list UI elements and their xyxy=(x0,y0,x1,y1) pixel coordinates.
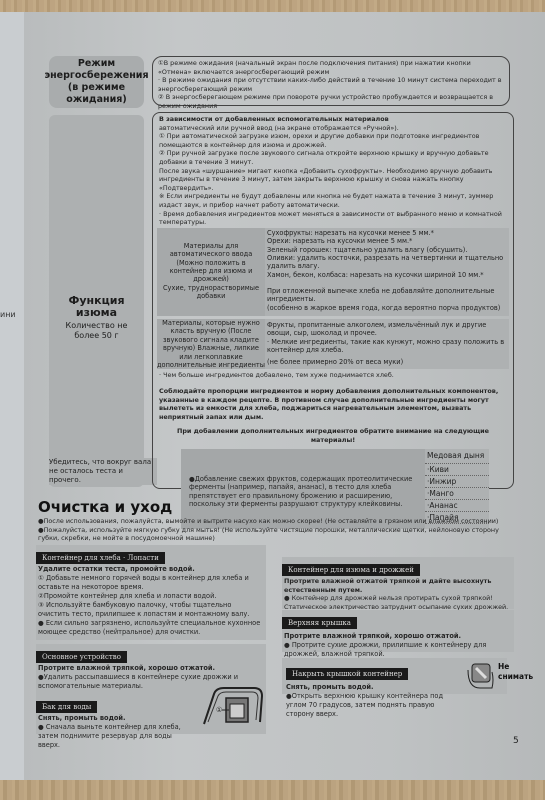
standby-line: · В режиме ожидания при отсутствии каких… xyxy=(158,76,504,93)
warning-text: Соблюдайте пропорции ингредиентов и норм… xyxy=(153,382,513,421)
container-lid-section: Накрыть крышкой контейнер Снять, промыть… xyxy=(282,658,522,718)
bread-container-section: Контейнер для хлеба · Лопасти Удалите ос… xyxy=(36,545,266,640)
table-cell-line: Оливки: удалить косточки, разрезать на ч… xyxy=(267,254,507,271)
table-row: Материалы для автоматического ввода (Мож… xyxy=(157,228,509,284)
main-unit-section: Основное устройство Протрите влажной тря… xyxy=(36,644,266,734)
raisin-heading: В зависимости от добавленных вспомогател… xyxy=(159,115,509,124)
raisin-label-box: Функция изюма Количество не более 50 г xyxy=(49,115,144,487)
top-lid-line: ● Протрите сухие дрожжи, прилипшие к кон… xyxy=(284,641,512,659)
table-cell-line: (особенно в жаркое время года, когда вер… xyxy=(267,304,507,312)
table-cell-line: Фрукты, пропитанные алкоголем, измельчён… xyxy=(267,321,507,338)
manual-page: Режим энергосбережения (в режиме ожидани… xyxy=(24,12,545,782)
raisin-container-heading: Протрите влажной отжатой тряпкой и дайте… xyxy=(284,577,512,594)
bread-container-tag: Контейнер для хлеба · Лопасти xyxy=(36,552,165,564)
standby-label-box: Режим энергосбережения (в режиме ожидани… xyxy=(49,56,144,108)
container-lid-heading: Снять, промыть водой. xyxy=(286,683,456,692)
cleaning-bullet: ●Пожалуйста, используйте мягкую губку дл… xyxy=(38,526,518,543)
raisin-intro-line: ② При ручной загрузке после звукового си… xyxy=(159,149,509,166)
do-not-remove-label: Не снимать xyxy=(498,662,534,682)
cleaning-header: Очистка и уход xyxy=(38,498,172,516)
fruit-item: ·Инжир xyxy=(425,476,489,488)
table-cell-line: Хамон, бекон, колбаса: нарезать на кусоч… xyxy=(267,271,507,279)
table-cell-left: Сухие, труднорастворимые добавки xyxy=(157,284,265,316)
table-cell-line: При отложенной выпечке хлеба не добавляй… xyxy=(267,287,507,304)
cleaning-bullets: ●После использования, пожалуйста, вымойт… xyxy=(38,517,518,543)
raisin-sublabel: Количество не более 50 г xyxy=(49,321,144,341)
raisin-intro-line: После звука «шуршание» мигает кнопка «До… xyxy=(159,167,509,193)
raisin-intro-line: автоматический или ручной ввод (на экран… xyxy=(159,124,509,133)
table-cell-left: Материалы, которые нужно класть вручную … xyxy=(157,319,265,369)
water-tank-illustration: ① xyxy=(196,682,266,732)
bread-container-heading: Удалите остатки теста, промойте водой. xyxy=(38,565,264,574)
table-row: Сухие, труднорастворимые добавки При отл… xyxy=(157,284,509,316)
raisin-container-line: ● Контейнер для дрожжей нельзя протирать… xyxy=(284,594,512,611)
water-tank-heading: Снять, промыть водой. xyxy=(38,714,188,723)
top-lid-heading: Протрите влажной тряпкой, хорошо отжатой… xyxy=(284,632,512,641)
raisin-intro-line: ① При автоматической загрузке изюм, орех… xyxy=(159,132,509,149)
container-lid-line: ●Открыть верхнюю крышку контейнера под у… xyxy=(286,692,456,719)
main-unit-heading: Протрите влажной тряпкой, хорошо отжатой… xyxy=(38,664,264,673)
standby-line: ①В режиме ожидания (начальный экран посл… xyxy=(158,59,504,76)
main-unit-tag: Основное устройство xyxy=(36,651,127,663)
after-table-note: · Чем больше ингредиентов добавлено, тем… xyxy=(153,369,513,382)
raisin-label: Функция изюма xyxy=(49,295,144,319)
standby-label: Режим энергосбережения (в режиме ожидани… xyxy=(44,58,148,106)
fruit-item: ·Ананас xyxy=(425,500,489,512)
table-cell-line: Зеленый горошек: тщательно удалить влагу… xyxy=(267,246,507,254)
top-lid-tag: Верхняя крышка xyxy=(282,617,357,629)
table-cell-left: Материалы для автоматического ввода (Мож… xyxy=(157,228,265,284)
fruit-item: Медовая дыня xyxy=(425,449,489,464)
water-tank-line: ● Сначала выньте контейнер для хлеба, за… xyxy=(38,723,188,750)
raisin-container-section: Контейнер для изюма и дрожжей Протрите в… xyxy=(282,557,514,609)
fruit-item: ·Киви xyxy=(425,464,489,476)
table-surface-bottom xyxy=(0,780,545,800)
fruit-item: ·Манго xyxy=(425,488,489,500)
table-cell-line: Орехи: нарезать на кусочки менее 5 мм.* xyxy=(267,237,507,245)
ingredients-table: Материалы для автоматического ввода (Мож… xyxy=(157,228,509,370)
table-cell-line: · Мелкие ингредиенты, такие как кунжут, … xyxy=(267,338,507,355)
page-number: 5 xyxy=(513,736,519,746)
hand-illustration xyxy=(466,658,496,692)
bread-container-line: ②Промойте контейнер для хлеба и лопасти … xyxy=(38,592,264,601)
raisin-note: Убедитесь, что вокруг вала не осталось т… xyxy=(49,458,157,485)
left-page-fragment: ини xyxy=(0,310,16,319)
raisin-details-box: В зависимости от добавленных вспомогател… xyxy=(152,112,514,489)
left-page-edge xyxy=(0,12,24,782)
standby-line: ② В энергосберегающем режиме при поворот… xyxy=(158,93,504,110)
cleaning-bullet: ●После использования, пожалуйста, вымойт… xyxy=(38,517,518,526)
bread-container-line: ① Добавьте немного горячей воды в контей… xyxy=(38,574,264,592)
attention-text: При добавлении дополнительных ингредиент… xyxy=(153,421,513,444)
raisin-container-tag: Контейнер для изюма и дрожжей xyxy=(282,564,420,576)
table-row: Материалы, которые нужно класть вручную … xyxy=(157,319,509,369)
cleaning-title: Очистка и уход xyxy=(38,498,172,516)
bread-container-line: ● Если сильно загрязнено, используйте сп… xyxy=(38,619,264,637)
bread-container-line: ③ Используйте бамбуковую палочку, чтобы … xyxy=(38,601,264,619)
raisin-intro-line: · Время добавления ингредиентов может ме… xyxy=(159,210,509,227)
table-cell-line: Сухофрукты: нарезать на кусочки менее 5 … xyxy=(267,229,507,237)
raisin-intro-line: ※ Если ингредиенты не будут добавлены ил… xyxy=(159,192,509,209)
top-lid-section: Верхняя крышка Протрите влажной тряпкой,… xyxy=(282,610,514,652)
water-tank-tag: Бак для воды xyxy=(36,701,97,713)
standby-description: ①В режиме ожидания (начальный экран посл… xyxy=(152,56,510,106)
table-cell-line: (не более примерно 20% от веса муки) xyxy=(267,358,507,366)
figure-label: ① xyxy=(216,706,222,714)
